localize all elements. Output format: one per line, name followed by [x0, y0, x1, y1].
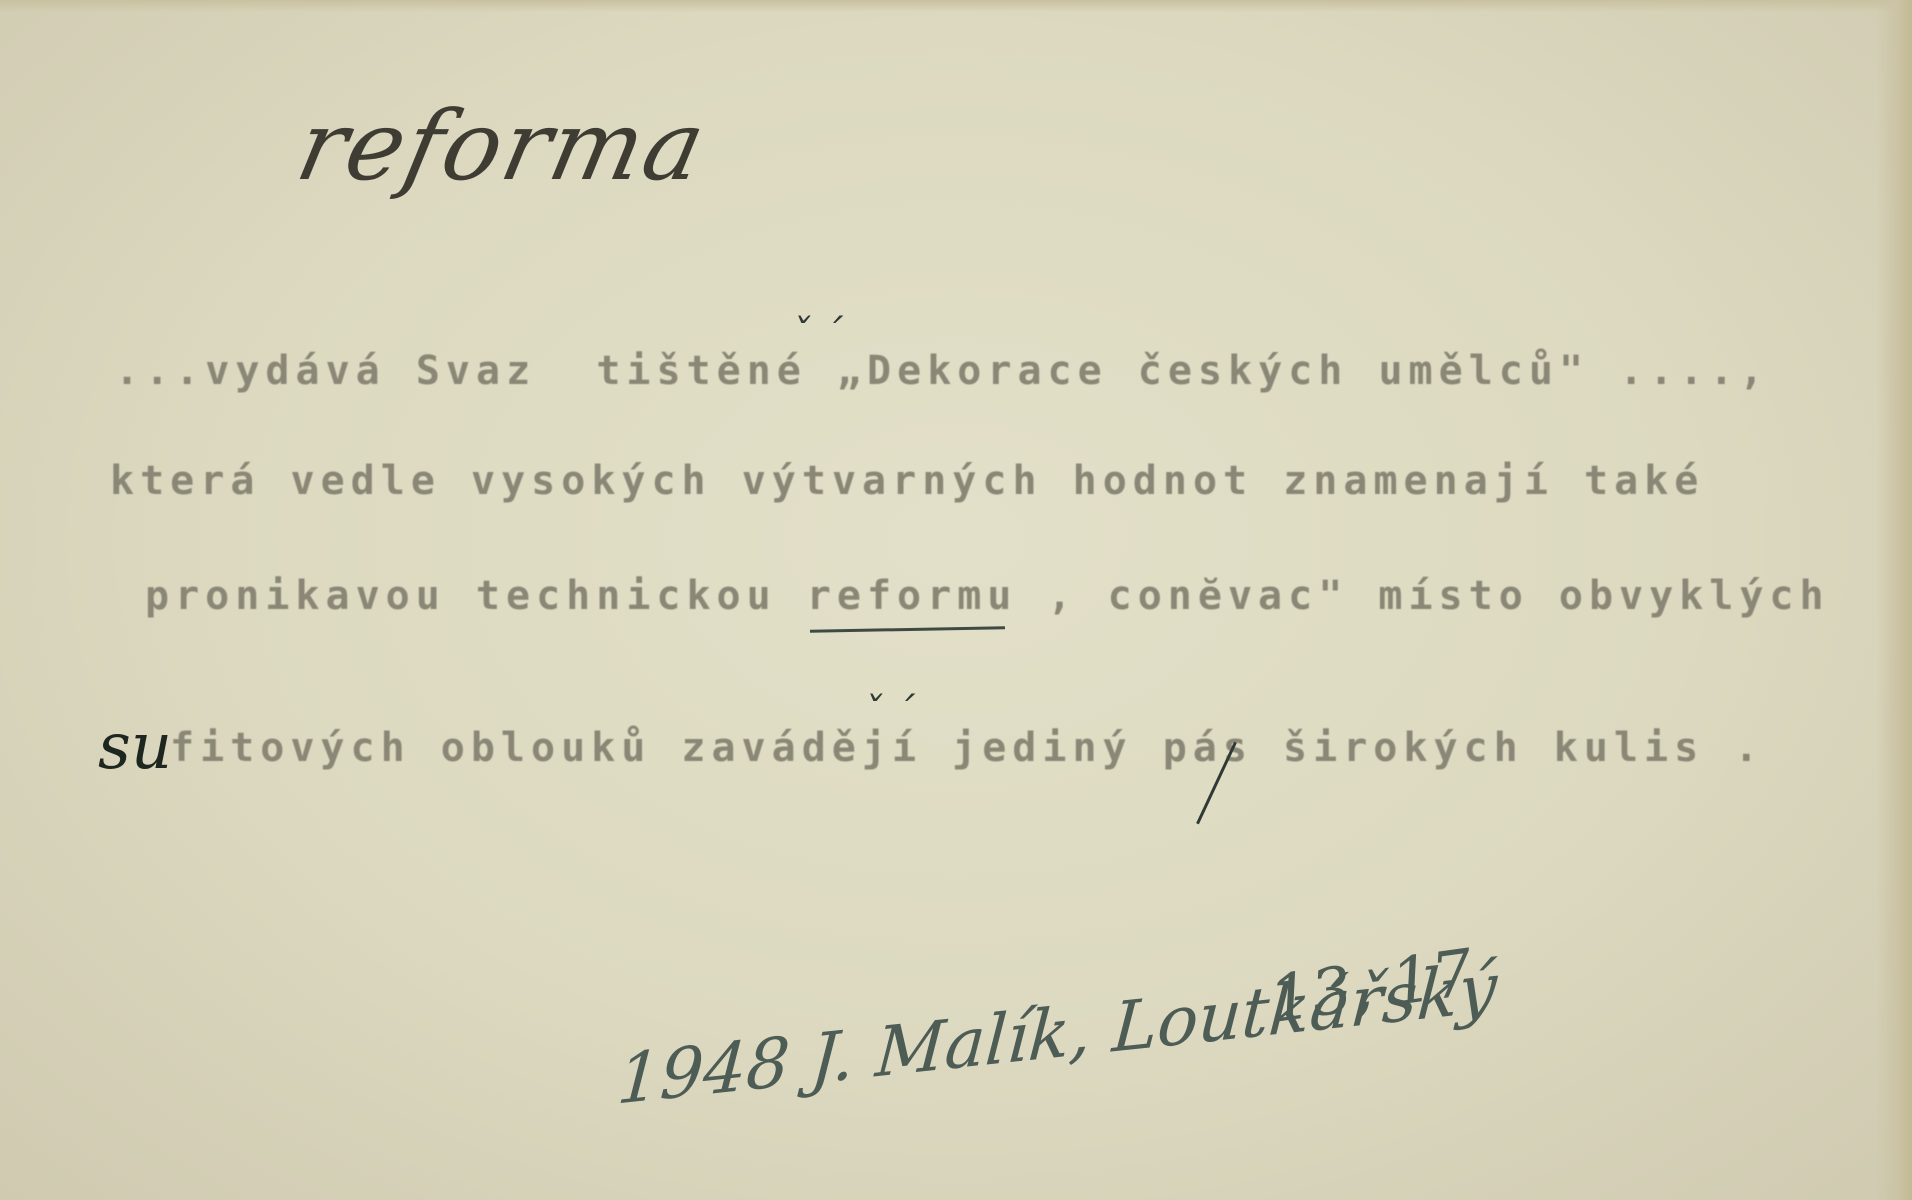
handwritten-underline — [810, 626, 1005, 632]
typed-line-2: která vedle vysokých výtvarných hodnot z… — [110, 458, 1704, 504]
index-card: reforma ˇ ´ ...vydává Svaz tištěné „Deko… — [0, 0, 1912, 1200]
typed-line-1: ...vydává Svaz tištěné „Dekorace českých… — [115, 348, 1770, 394]
typed-line-4: fitových oblouků zavádějí jediný pás šir… — [170, 725, 1764, 771]
handwritten-prefix-correction: su — [98, 710, 172, 784]
typed-line-3: pronikavou technickou reformu , conĕvac"… — [145, 573, 1830, 619]
card-right-edge — [1876, 0, 1912, 1200]
handwritten-headword: reforma — [288, 90, 716, 202]
card-top-edge — [0, 0, 1912, 12]
